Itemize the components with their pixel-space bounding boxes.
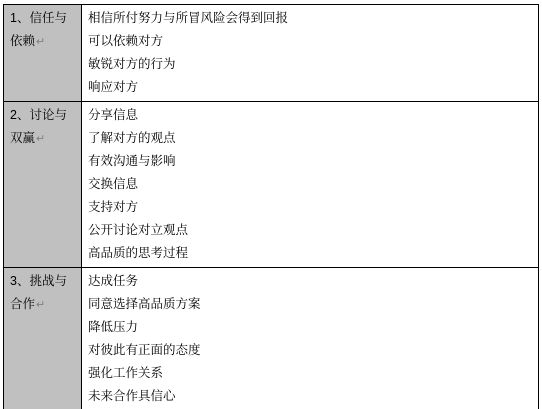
category-cell: 3、挑战与合作↵ (4, 268, 82, 409)
item-text: 交换信息 (88, 173, 534, 196)
table-body: 1、信任与依赖↵ 相信所付努力与所冒风险会得到回报可以依赖对方敏锐对方的行为响应… (4, 5, 539, 409)
item-text: 未来合作具信心 (88, 385, 534, 408)
item-text: 同意选择高品质方案 (88, 293, 534, 316)
item-text: 相信所付努力与所冒风险会得到回报 (88, 7, 534, 30)
item-text: 有效沟通与影响 (88, 150, 534, 173)
item-text: 公开讨论对立观点 (88, 219, 534, 242)
items-cell: 分享信息了解对方的观点有效沟通与影响交换信息支持对方公开讨论对立观点高品质的思考… (82, 102, 539, 268)
paragraph-return-icon: ↵ (35, 36, 45, 48)
paragraph-return-icon: ↵ (35, 133, 45, 145)
table-row: 3、挑战与合作↵ 达成任务同意选择高品质方案降低压力对彼此有正面的态度强化工作关… (4, 268, 539, 409)
items-cell: 相信所付努力与所冒风险会得到回报可以依赖对方敏锐对方的行为响应对方 (82, 5, 539, 102)
paragraph-return-icon: ↵ (35, 299, 45, 311)
item-text: 降低压力 (88, 316, 534, 339)
item-text: 响应对方 (88, 76, 534, 99)
item-text: 敏锐对方的行为 (88, 53, 534, 76)
item-text: 了解对方的观点 (88, 127, 534, 150)
table-row: 2、讨论与双赢↵ 分享信息了解对方的观点有效沟通与影响交换信息支持对方公开讨论对… (4, 102, 539, 268)
item-text: 可以依赖对方 (88, 30, 534, 53)
items-cell: 达成任务同意选择高品质方案降低压力对彼此有正面的态度强化工作关系未来合作具信心 (82, 268, 539, 409)
category-cell: 1、信任与依赖↵ (4, 5, 82, 102)
item-text: 高品质的思考过程 (88, 242, 534, 265)
category-cell: 2、讨论与双赢↵ (4, 102, 82, 268)
table-row: 1、信任与依赖↵ 相信所付努力与所冒风险会得到回报可以依赖对方敏锐对方的行为响应… (4, 5, 539, 102)
item-text: 分享信息 (88, 104, 534, 127)
item-text: 支持对方 (88, 196, 534, 219)
item-text: 强化工作关系 (88, 362, 534, 385)
item-text: 达成任务 (88, 270, 534, 293)
category-items-table: 1、信任与依赖↵ 相信所付努力与所冒风险会得到回报可以依赖对方敏锐对方的行为响应… (3, 4, 539, 409)
item-text: 对彼此有正面的态度 (88, 339, 534, 362)
document-page: 1、信任与依赖↵ 相信所付努力与所冒风险会得到回报可以依赖对方敏锐对方的行为响应… (0, 4, 542, 409)
